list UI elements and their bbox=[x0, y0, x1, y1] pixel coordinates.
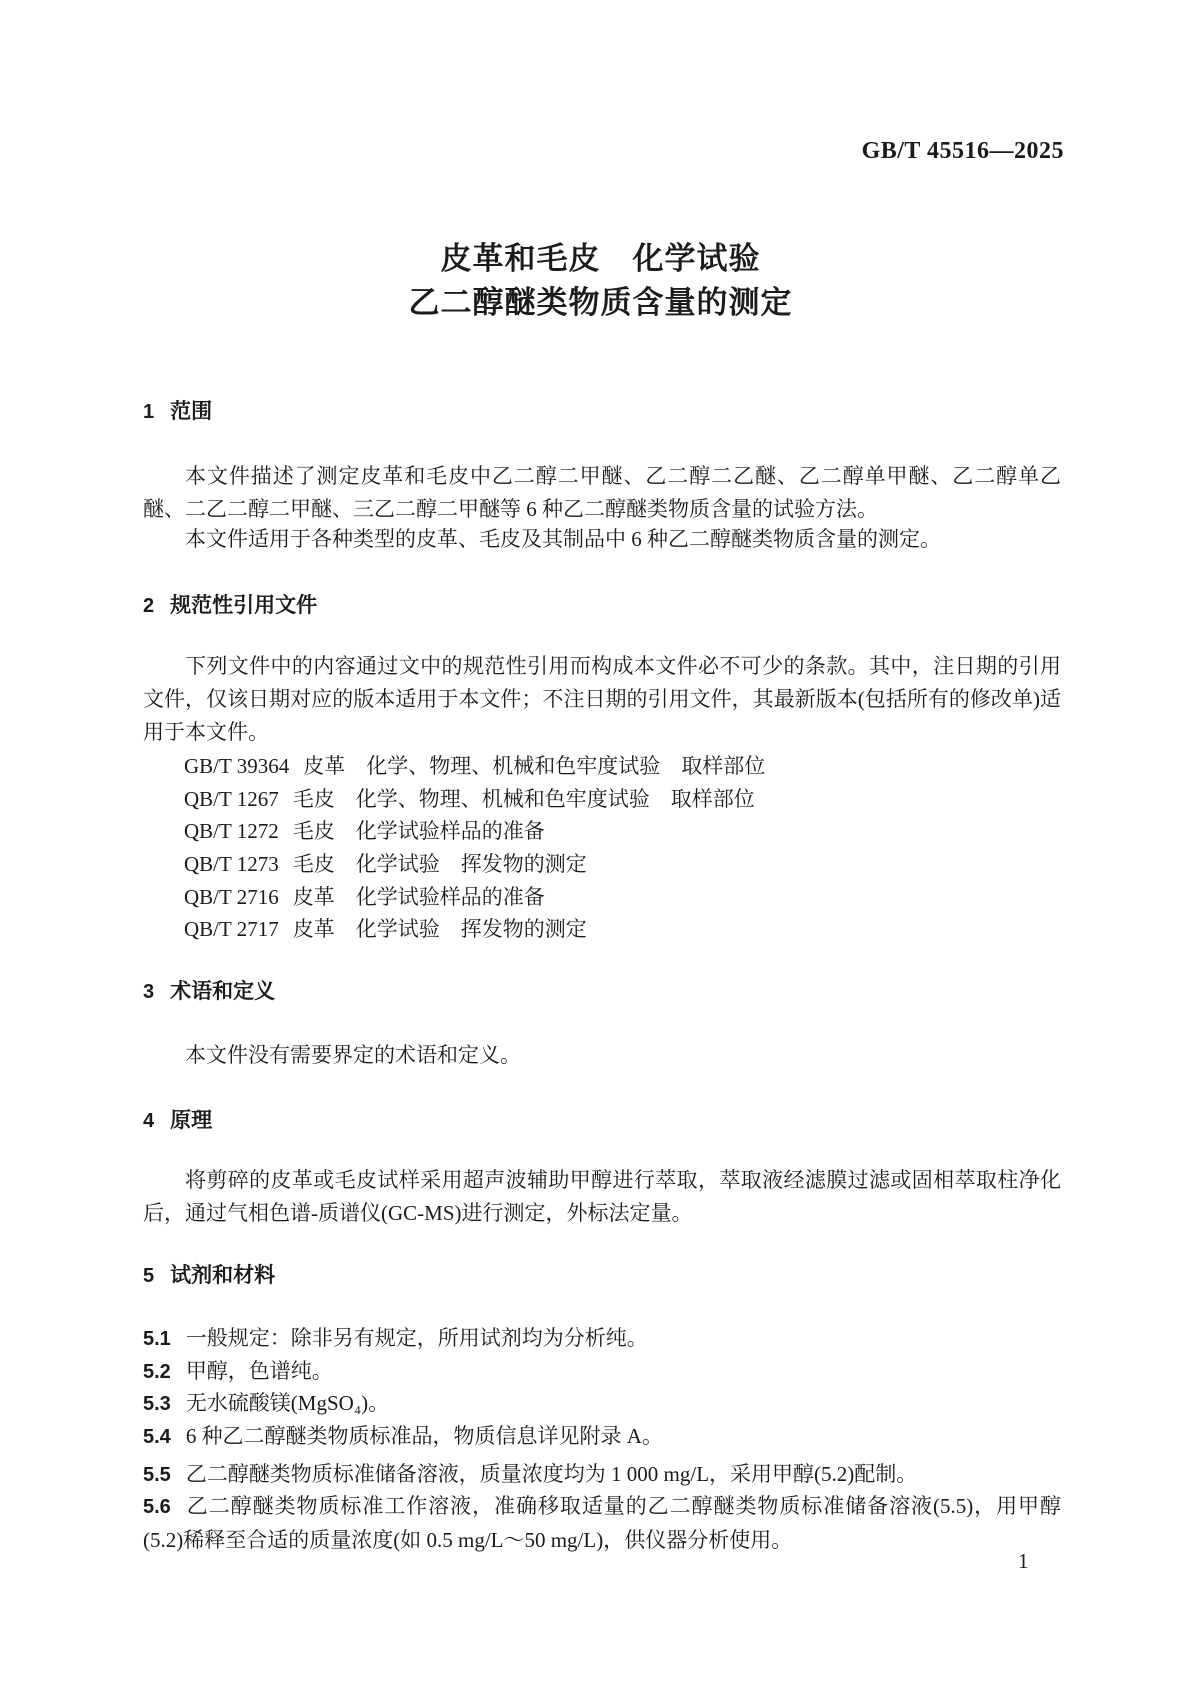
section-5-title: 试剂和材料 bbox=[170, 1264, 275, 1287]
section-2-heading: 2规范性引用文件 bbox=[143, 591, 317, 621]
principle-paragraph: 将剪碎的皮革或毛皮试样采用超声波辅助甲醇进行萃取，萃取液经滤膜过滤或固相萃取柱净… bbox=[143, 1164, 1061, 1230]
section-4-heading: 4原理 bbox=[143, 1106, 212, 1136]
clause-number: 5.1 bbox=[143, 1328, 171, 1350]
reference-title: 皮革 化学、物理、机械和色牢度试验 取样部位 bbox=[303, 754, 765, 778]
reference-code: QB/T 1272 bbox=[184, 819, 279, 843]
clause-number: 5.3 bbox=[143, 1393, 171, 1415]
reference-code: QB/T 2716 bbox=[184, 885, 279, 909]
reference-code: QB/T 1267 bbox=[184, 787, 279, 811]
clause-item: 5.5乙二醇醚类物质标准储备溶液，质量浓度均为 1 000 mg/L，采用甲醇(… bbox=[143, 1458, 1061, 1492]
reference-code: QB/T 2717 bbox=[184, 917, 279, 941]
document-title-line-2: 乙二醇醚类物质含量的测定 bbox=[138, 281, 1063, 325]
reference-item: GB/T 39364皮革 化学、物理、机械和色牢度试验 取样部位 bbox=[184, 750, 765, 783]
reference-title: 毛皮 化学试验 挥发物的测定 bbox=[293, 852, 587, 876]
section-4-number: 4 bbox=[143, 1106, 154, 1136]
standard-code: GB/T 45516—2025 bbox=[862, 136, 1064, 166]
clause-text: 乙二醇醚类物质标准工作溶液，准确移取适量的乙二醇醚类物质标准储备溶液(5.5)，… bbox=[143, 1494, 1061, 1552]
reference-item: QB/T 2716皮革 化学试验样品的准备 bbox=[184, 881, 545, 914]
clause-item: 5.6乙二醇醚类物质标准工作溶液，准确移取适量的乙二醇醚类物质标准储备溶液(5.… bbox=[143, 1490, 1061, 1557]
clause-text: 乙二醇醚类物质标准储备溶液，质量浓度均为 1 000 mg/L，采用甲醇(5.2… bbox=[186, 1462, 917, 1486]
clause-number: 5.6 bbox=[143, 1496, 171, 1518]
scope-paragraph-2: 本文件适用于各种类型的皮革、毛皮及其制品中 6 种乙二醇醚类物质含量的测定。 bbox=[143, 523, 1061, 556]
section-1-title: 范围 bbox=[170, 400, 212, 423]
section-3-title: 术语和定义 bbox=[170, 980, 275, 1003]
clause-text: 甲醇，色谱纯。 bbox=[186, 1359, 333, 1383]
section-5-heading: 5试剂和材料 bbox=[143, 1261, 275, 1291]
reference-code: GB/T 39364 bbox=[184, 754, 289, 778]
document-title: 皮革和毛皮 化学试验 乙二醇醚类物质含量的测定 bbox=[138, 237, 1063, 325]
section-4-title: 原理 bbox=[170, 1109, 212, 1132]
terms-paragraph: 本文件没有需要界定的术语和定义。 bbox=[143, 1039, 1061, 1072]
clause-number: 5.2 bbox=[143, 1361, 171, 1383]
scope-paragraph-1: 本文件描述了测定皮革和毛皮中乙二醇二甲醚、乙二醇二乙醚、乙二醇单甲醚、乙二醇单乙… bbox=[143, 460, 1061, 526]
clause-item: 5.3无水硫酸镁(MgSO₄)。 bbox=[143, 1387, 1061, 1421]
clause-item: 5.46 种乙二醇醚类物质标准品，物质信息详见附录 A。 bbox=[143, 1420, 1061, 1454]
reference-title: 皮革 化学试验样品的准备 bbox=[293, 885, 545, 909]
normative-references-paragraph: 下列文件中的内容通过文中的规范性引用而构成本文件必不可少的条款。其中，注日期的引… bbox=[143, 650, 1061, 749]
document-title-line-1: 皮革和毛皮 化学试验 bbox=[138, 237, 1063, 281]
reference-code: QB/T 1273 bbox=[184, 852, 279, 876]
page-number: 1 bbox=[1018, 1546, 1029, 1576]
clause-text: 6 种乙二醇醚类物质标准品，物质信息详见附录 A。 bbox=[186, 1424, 663, 1448]
section-2-title: 规范性引用文件 bbox=[170, 594, 317, 617]
reference-title: 毛皮 化学试验样品的准备 bbox=[293, 819, 545, 843]
clause-text: 无水硫酸镁(MgSO₄)。 bbox=[186, 1391, 389, 1415]
reference-title: 皮革 化学试验 挥发物的测定 bbox=[293, 917, 587, 941]
clause-text: 一般规定：除非另有规定，所用试剂均为分析纯。 bbox=[186, 1326, 648, 1350]
document-page: GB/T 45516—2025 皮革和毛皮 化学试验 乙二醇醚类物质含量的测定 … bbox=[0, 0, 1191, 1685]
reference-item: QB/T 1272毛皮 化学试验样品的准备 bbox=[184, 815, 545, 848]
section-2-number: 2 bbox=[143, 591, 154, 621]
clause-number: 5.5 bbox=[143, 1464, 171, 1486]
section-1-number: 1 bbox=[143, 397, 154, 427]
section-3-heading: 3术语和定义 bbox=[143, 977, 275, 1007]
clause-item: 5.2甲醇，色谱纯。 bbox=[143, 1355, 1061, 1389]
clause-item: 5.1一般规定：除非另有规定，所用试剂均为分析纯。 bbox=[143, 1322, 1061, 1356]
reference-item: QB/T 1273毛皮 化学试验 挥发物的测定 bbox=[184, 848, 587, 881]
clause-number: 5.4 bbox=[143, 1426, 171, 1448]
section-1-heading: 1范围 bbox=[143, 397, 212, 427]
reference-title: 毛皮 化学、物理、机械和色牢度试验 取样部位 bbox=[293, 787, 755, 811]
reference-item: QB/T 1267毛皮 化学、物理、机械和色牢度试验 取样部位 bbox=[184, 783, 755, 816]
reference-item: QB/T 2717皮革 化学试验 挥发物的测定 bbox=[184, 913, 587, 946]
section-5-number: 5 bbox=[143, 1261, 154, 1291]
section-3-number: 3 bbox=[143, 977, 154, 1007]
